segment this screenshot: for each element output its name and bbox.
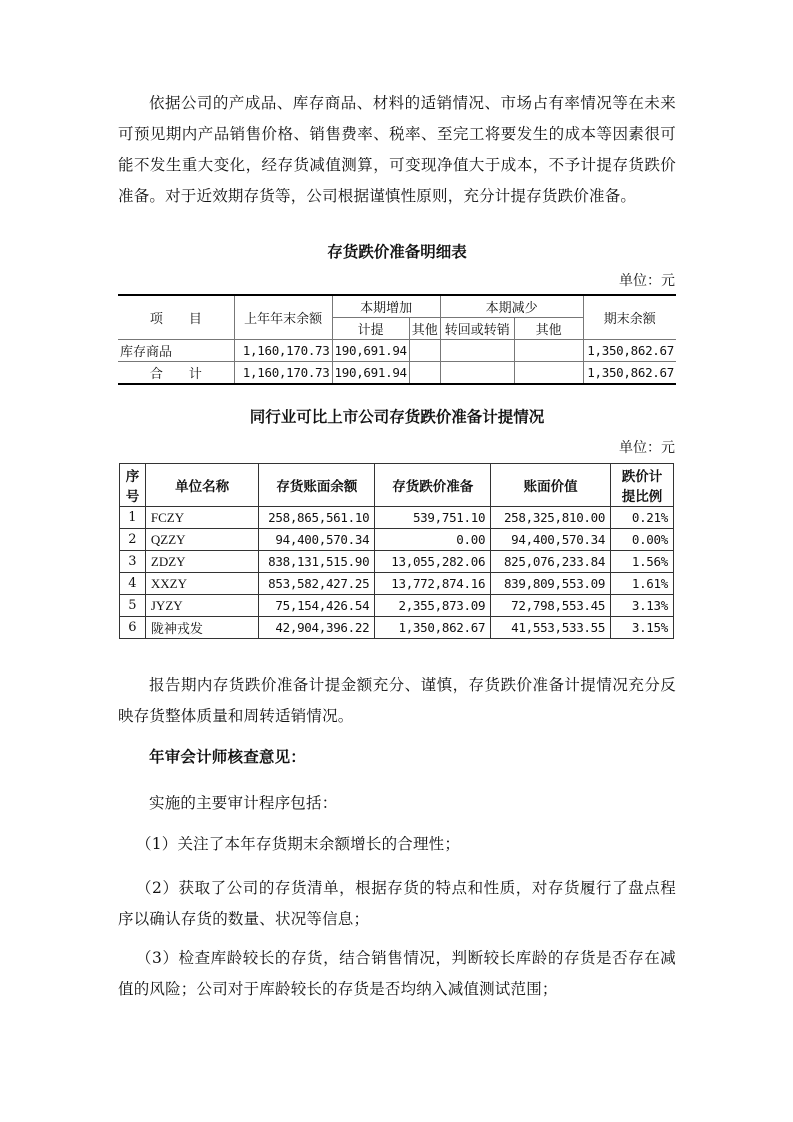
cell-inc-other — [409, 362, 440, 385]
cell-name: XXZY — [145, 573, 259, 595]
cell-ending: 1,350,862.67 — [583, 340, 676, 362]
header-decrease-other: 其他 — [514, 318, 583, 340]
cell-book-balance: 853,582,427.25 — [259, 573, 375, 595]
table-row: 6 陇神戎发 42,904,396.22 1,350,862.67 41,553… — [120, 617, 674, 639]
cell-provision: 13,055,282.06 — [375, 551, 491, 573]
header-no: 序号 — [120, 464, 146, 507]
cell-provision: 190,691.94 — [332, 340, 409, 362]
table-row: 库存商品 1,160,170.73 190,691.94 1,350,862.6… — [118, 340, 676, 362]
header-book-value: 账面价值 — [491, 464, 611, 507]
cell-no: 6 — [120, 617, 146, 639]
cell-book-balance: 838,131,515.90 — [259, 551, 375, 573]
cell-book-value: 258,325,810.00 — [491, 507, 611, 529]
cell-reversal — [440, 340, 514, 362]
table1-title: 存货跌价准备明细表 — [118, 240, 676, 262]
auditor-heading: 年审会计师核查意见： — [118, 742, 676, 773]
cell-provision: 2,355,873.09 — [375, 595, 491, 617]
header-ratio-line1: 跌价计 — [622, 469, 663, 485]
header-no-line2: 号 — [126, 489, 140, 505]
cell-name: ZDZY — [145, 551, 259, 573]
table-row: 3 ZDZY 838,131,515.90 13,055,282.06 825,… — [120, 551, 674, 573]
table2-title: 同行业可比上市公司存货跌价准备计提情况 — [118, 405, 676, 427]
cell-book-value: 72,798,553.45 — [491, 595, 611, 617]
cell-book-value: 41,553,533.55 — [491, 617, 611, 639]
cell-ratio: 3.15% — [611, 617, 674, 639]
cell-book-balance: 42,904,396.22 — [259, 617, 375, 639]
header-ratio-line2: 提比例 — [622, 489, 663, 505]
cell-no: 1 — [120, 507, 146, 529]
table-row: 5 JYZY 75,154,426.54 2,355,873.09 72,798… — [120, 595, 674, 617]
cell-provision: 539,751.10 — [375, 507, 491, 529]
cell-ratio: 1.61% — [611, 573, 674, 595]
cell-ratio: 0.21% — [611, 507, 674, 529]
cell-inc-other — [409, 340, 440, 362]
table2-unit: 单位：元 — [619, 437, 675, 457]
header-ratio: 跌价计提比例 — [611, 464, 674, 507]
table-row: 2 QZZY 94,400,570.34 0.00 94,400,570.34 … — [120, 529, 674, 551]
peer-comparison-table: 序号 单位名称 存货账面余额 存货跌价准备 账面价值 跌价计提比例 1 FCZY… — [119, 463, 674, 639]
procedure-item-2: （2）获取了公司的存货清单，根据存货的特点和性质，对存货履行了盘点程序以确认存货… — [118, 873, 676, 935]
cell-no: 4 — [120, 573, 146, 595]
cell-dec-other — [514, 340, 583, 362]
cell-reversal — [440, 362, 514, 385]
cell-no: 2 — [120, 529, 146, 551]
cell-ratio: 0.00% — [611, 529, 674, 551]
header-increase: 本期增加 — [332, 295, 440, 318]
cell-book-value: 94,400,570.34 — [491, 529, 611, 551]
table-header-row: 序号 单位名称 存货账面余额 存货跌价准备 账面价值 跌价计提比例 — [120, 464, 674, 507]
cell-provision: 190,691.94 — [332, 362, 409, 385]
cell-book-value: 825,076,233.84 — [491, 551, 611, 573]
header-book-balance: 存货账面余额 — [259, 464, 375, 507]
inventory-provision-table: 项 目 上年年末余额 本期增加 本期减少 期末余额 计提 其他 转回或转销 其他… — [118, 294, 676, 385]
cell-provision: 1,350,862.67 — [375, 617, 491, 639]
cell-prior-balance: 1,160,170.73 — [234, 362, 332, 385]
intro-paragraph: 依据公司的产成品、库存商品、材料的适销情况、市场占有率情况等在未来可预见期内产品… — [118, 88, 676, 212]
procedures-intro: 实施的主要审计程序包括： — [118, 788, 676, 819]
procedure-item-1: （1）关注了本年存货期末余额增长的合理性； — [118, 829, 676, 860]
procedure-item-3: （3）检查库龄较长的存货，结合销售情况，判断较长库龄的存货是否存在减值的风险；公… — [118, 943, 676, 1005]
cell-name: JYZY — [145, 595, 259, 617]
header-name: 单位名称 — [145, 464, 259, 507]
header-increase-other: 其他 — [409, 318, 440, 340]
cell-prior-balance: 1,160,170.73 — [234, 340, 332, 362]
table1-unit: 单位：元 — [619, 270, 675, 290]
cell-provision: 0.00 — [375, 529, 491, 551]
conclusion-paragraph: 报告期内存货跌价准备计提金额充分、谨慎，存货跌价准备计提情况充分反映存货整体质量… — [118, 670, 676, 732]
cell-book-balance: 258,865,561.10 — [259, 507, 375, 529]
cell-ratio: 1.56% — [611, 551, 674, 573]
header-ending-balance: 期末余额 — [583, 295, 676, 340]
header-no-line1: 序 — [126, 469, 140, 485]
cell-ratio: 3.13% — [611, 595, 674, 617]
header-provision: 存货跌价准备 — [375, 464, 491, 507]
cell-item: 合 计 — [118, 362, 234, 385]
cell-book-balance: 75,154,426.54 — [259, 595, 375, 617]
table-header-row: 项 目 上年年末余额 本期增加 本期减少 期末余额 — [118, 295, 676, 318]
table-row: 4 XXZY 853,582,427.25 13,772,874.16 839,… — [120, 573, 674, 595]
cell-book-value: 839,809,553.09 — [491, 573, 611, 595]
header-item: 项 目 — [118, 295, 234, 340]
table-row: 1 FCZY 258,865,561.10 539,751.10 258,325… — [120, 507, 674, 529]
cell-item: 库存商品 — [118, 340, 234, 362]
cell-name: QZZY — [145, 529, 259, 551]
cell-name: 陇神戎发 — [145, 617, 259, 639]
header-decrease: 本期减少 — [440, 295, 583, 318]
header-decrease-reversal: 转回或转销 — [440, 318, 514, 340]
cell-name: FCZY — [145, 507, 259, 529]
cell-provision: 13,772,874.16 — [375, 573, 491, 595]
header-increase-provision: 计提 — [332, 318, 409, 340]
cell-no: 5 — [120, 595, 146, 617]
table-row-total: 合 计 1,160,170.73 190,691.94 1,350,862.67 — [118, 362, 676, 385]
cell-book-balance: 94,400,570.34 — [259, 529, 375, 551]
header-prior-balance: 上年年末余额 — [234, 295, 332, 340]
cell-ending: 1,350,862.67 — [583, 362, 676, 385]
cell-dec-other — [514, 362, 583, 385]
cell-no: 3 — [120, 551, 146, 573]
